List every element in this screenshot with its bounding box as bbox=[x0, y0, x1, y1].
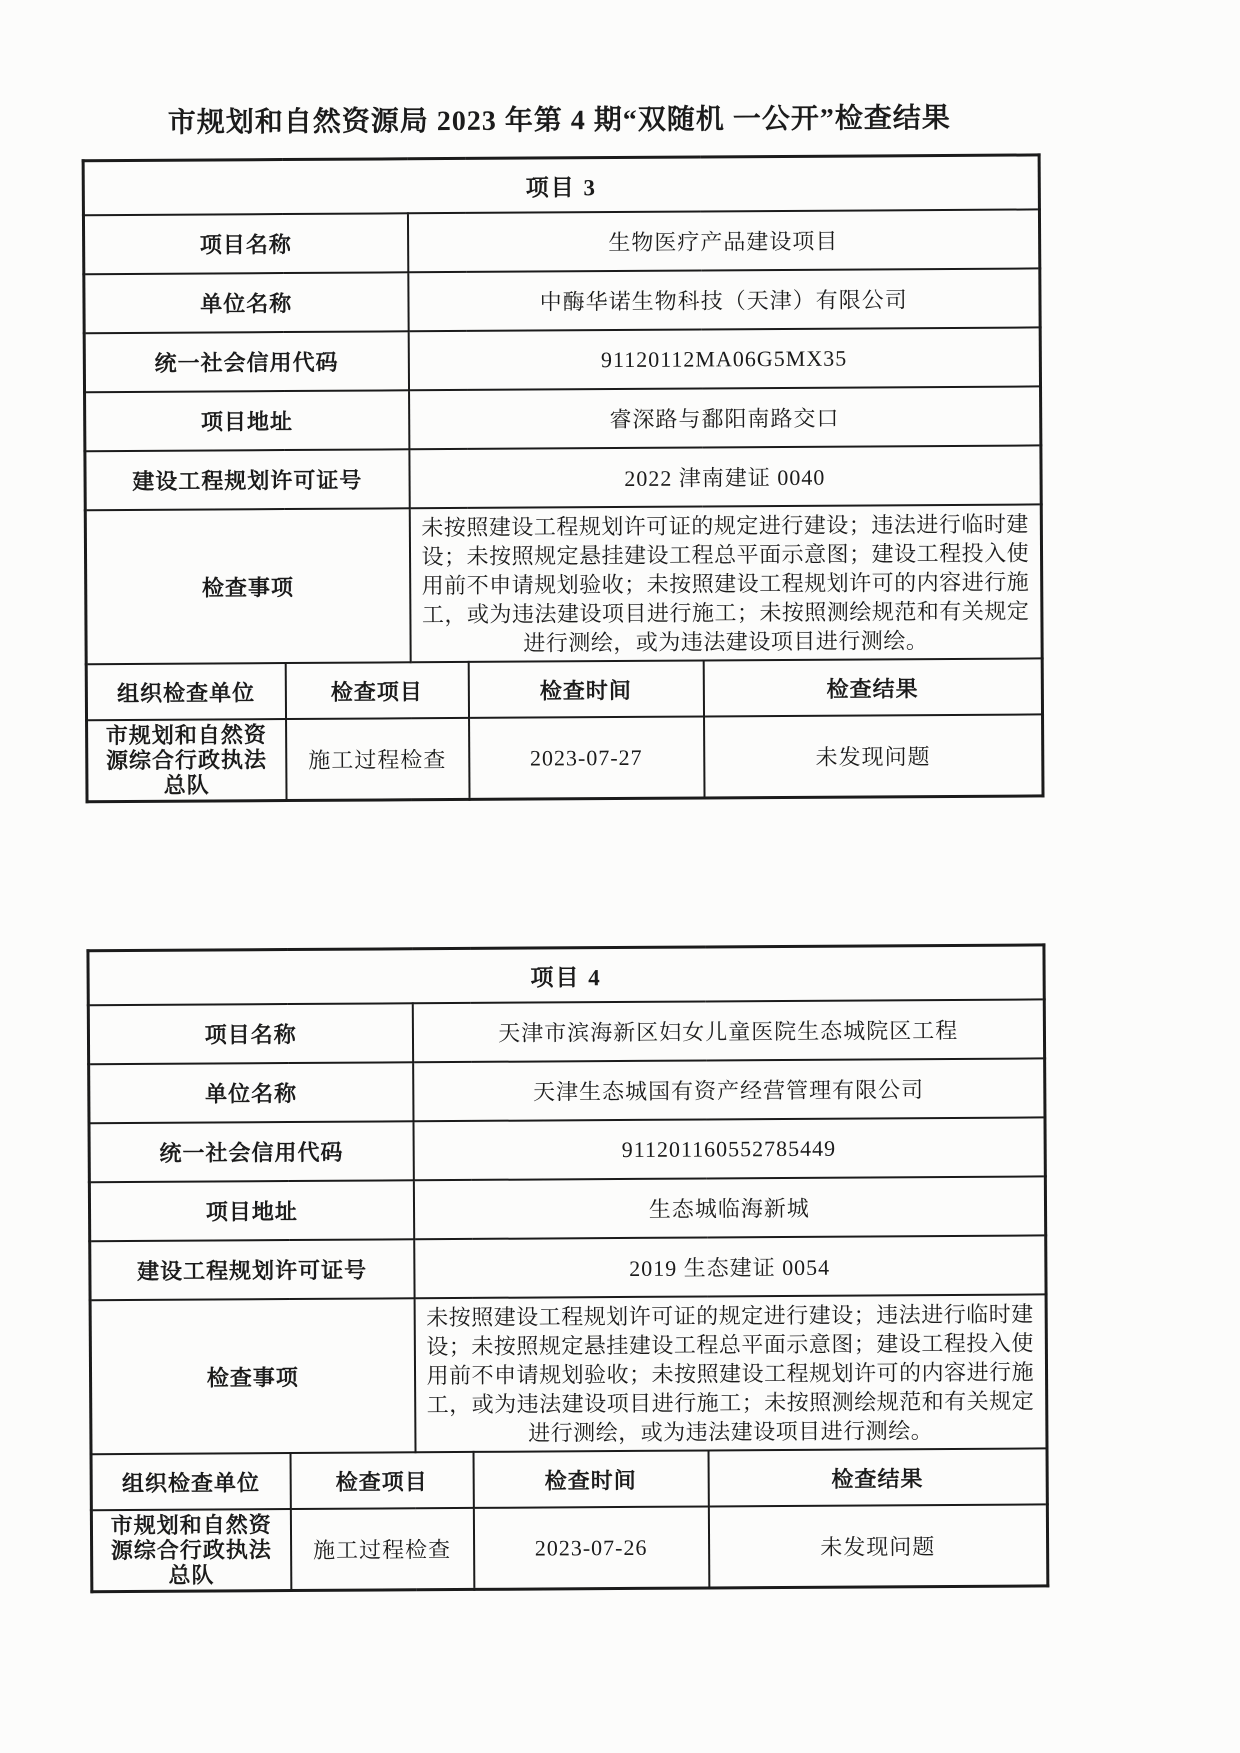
field-label-project-name: 项目名称 bbox=[88, 1003, 412, 1064]
column-header-inspection-result: 检查结果 bbox=[708, 1448, 1047, 1506]
field-value-inspection-items: 未按照建设工程规划许可证的规定进行建设；违法进行临时建设；未按照规定悬挂建设工程… bbox=[409, 504, 1042, 662]
table-header-row: 组织检查单位 检查项目 检查时间 检查结果 bbox=[91, 1448, 1047, 1510]
table-row: 统一社会信用代码 911201160552785449 bbox=[89, 1117, 1045, 1182]
cell-org-unit: 市规划和自然资源综合行政执法总队 bbox=[87, 719, 286, 802]
project4-table: 项目 4 项目名称 天津市滨海新区妇女儿童医院生态城院区工程 单位名称 天津生态… bbox=[86, 943, 1049, 1593]
column-header-org-unit: 组织检查单位 bbox=[86, 663, 285, 720]
column-header-inspection-time: 检查时间 bbox=[468, 660, 703, 717]
field-label-credit-code: 统一社会信用代码 bbox=[89, 1121, 413, 1182]
project-header: 项目 3 bbox=[83, 155, 1039, 215]
field-value-project-address: 生态城临海新城 bbox=[413, 1176, 1045, 1239]
table-data-row: 市规划和自然资源综合行政执法总队 施工过程检查 2023-07-26 未发现问题 bbox=[91, 1504, 1047, 1591]
field-value-credit-code: 911201160552785449 bbox=[413, 1117, 1045, 1180]
document-page: 市规划和自然资源局 2023 年第 4 期“双随机 一公开”检查结果 项目 3 … bbox=[0, 0, 1240, 1753]
column-header-inspection-project: 检查项目 bbox=[285, 662, 468, 719]
column-header-inspection-project: 检查项目 bbox=[290, 1452, 473, 1509]
table-row: 项目 4 bbox=[88, 945, 1044, 1005]
field-value-project-address: 睿深路与鄱阳南路交口 bbox=[409, 386, 1041, 449]
cell-inspection-time: 2023-07-26 bbox=[473, 1506, 708, 1589]
field-label-project-address: 项目地址 bbox=[89, 1180, 413, 1241]
field-label-unit-name: 单位名称 bbox=[89, 1062, 413, 1123]
field-value-unit-name: 天津生态城国有资产经营管理有限公司 bbox=[413, 1058, 1045, 1121]
table-row: 项目地址 睿深路与鄱阳南路交口 bbox=[85, 386, 1041, 451]
document-title: 市规划和自然资源局 2023 年第 4 期“双随机 一公开”检查结果 bbox=[81, 0, 1038, 159]
field-value-unit-name: 中酶华诺生物科技（天津）有限公司 bbox=[408, 268, 1040, 331]
table-row: 单位名称 天津生态城国有资产经营管理有限公司 bbox=[89, 1058, 1045, 1123]
table-row: 统一社会信用代码 91120112MA06G5MX35 bbox=[84, 327, 1040, 392]
column-header-org-unit: 组织检查单位 bbox=[91, 1453, 290, 1510]
field-value-credit-code: 91120112MA06G5MX35 bbox=[408, 327, 1040, 390]
field-value-permit-no: 2022 津南建证 0040 bbox=[409, 445, 1041, 508]
field-label-permit-no: 建设工程规划许可证号 bbox=[85, 449, 409, 510]
project-header: 项目 4 bbox=[88, 945, 1044, 1005]
table-data-row: 市规划和自然资源综合行政执法总队 施工过程检查 2023-07-27 未发现问题 bbox=[87, 714, 1043, 801]
table-row: 项目名称 生物医疗产品建设项目 bbox=[83, 209, 1039, 274]
field-label-project-name: 项目名称 bbox=[83, 213, 407, 274]
project3-table: 项目 3 项目名称 生物医疗产品建设项目 单位名称 中酶华诺生物科技（天津）有限… bbox=[82, 153, 1045, 803]
field-label-inspection-items: 检查事项 bbox=[85, 508, 410, 664]
field-value-permit-no: 2019 生态建证 0054 bbox=[414, 1235, 1046, 1298]
cell-inspection-result: 未发现问题 bbox=[704, 714, 1044, 798]
field-value-inspection-items: 未按照建设工程规划许可证的规定进行建设；违法进行临时建设；未按照规定悬挂建设工程… bbox=[414, 1294, 1047, 1452]
cell-inspection-time: 2023-07-27 bbox=[469, 716, 704, 799]
field-label-permit-no: 建设工程规划许可证号 bbox=[90, 1239, 414, 1300]
table-row: 建设工程规划许可证号 2022 津南建证 0040 bbox=[85, 445, 1041, 510]
column-header-inspection-time: 检查时间 bbox=[473, 1450, 708, 1507]
field-value-project-name: 生物医疗产品建设项目 bbox=[407, 209, 1039, 272]
field-label-credit-code: 统一社会信用代码 bbox=[84, 331, 408, 392]
field-label-unit-name: 单位名称 bbox=[84, 272, 408, 333]
table-row: 单位名称 中酶华诺生物科技（天津）有限公司 bbox=[84, 268, 1040, 333]
table-row: 检查事项 未按照建设工程规划许可证的规定进行建设；违法进行临时建设；未按照规定悬… bbox=[90, 1294, 1047, 1454]
table-row: 项目名称 天津市滨海新区妇女儿童医院生态城院区工程 bbox=[88, 999, 1044, 1064]
cell-inspection-project: 施工过程检查 bbox=[290, 1508, 473, 1591]
column-header-inspection-result: 检查结果 bbox=[703, 658, 1042, 716]
table-row: 项目地址 生态城临海新城 bbox=[89, 1176, 1045, 1241]
table-row: 项目 3 bbox=[83, 155, 1039, 215]
cell-org-unit: 市规划和自然资源综合行政执法总队 bbox=[91, 1509, 290, 1592]
field-value-project-name: 天津市滨海新区妇女儿童医院生态城院区工程 bbox=[412, 999, 1044, 1062]
cell-inspection-project: 施工过程检查 bbox=[286, 718, 469, 801]
table-row: 检查事项 未按照建设工程规划许可证的规定进行建设；违法进行临时建设；未按照规定悬… bbox=[85, 504, 1042, 664]
field-label-inspection-items: 检查事项 bbox=[90, 1298, 415, 1454]
field-label-project-address: 项目地址 bbox=[85, 390, 409, 451]
table-row: 建设工程规划许可证号 2019 生态建证 0054 bbox=[90, 1235, 1046, 1300]
cell-inspection-result: 未发现问题 bbox=[708, 1504, 1048, 1588]
table-header-row: 组织检查单位 检查项目 检查时间 检查结果 bbox=[86, 658, 1042, 720]
